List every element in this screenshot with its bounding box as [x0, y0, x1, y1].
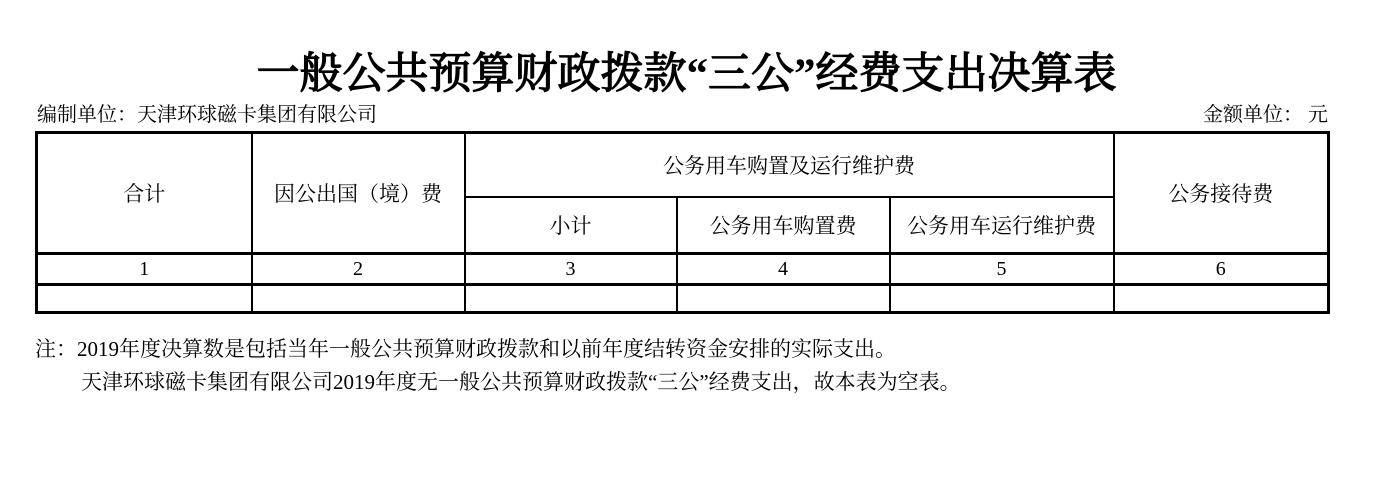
data-cell-abroad [252, 285, 465, 313]
colnum-cell-2: 2 [252, 254, 465, 285]
subheader-cell-subtotal: 小计 [465, 197, 677, 254]
prepared-by-label: 编制单位：天津环球磁卡集团有限公司 [37, 103, 377, 127]
meta-row: 编制单位：天津环球磁卡集团有限公司 金额单位： 元 [37, 103, 1328, 127]
header-cell-total: 合计 [37, 133, 252, 254]
colnum-cell-1: 1 [37, 254, 252, 285]
column-number-row: 1 2 3 4 5 6 [37, 254, 1329, 285]
footnotes: 注：2019年度决算数是包括当年一般公共预算财政拨款和以前年度结转资金安排的实际… [35, 333, 961, 399]
footnote-line-2: 天津环球磁卡集团有限公司2019年度无一般公共预算财政拨款“三公”经费支出，故本… [81, 366, 961, 399]
amount-unit-label: 金额单位： 元 [1203, 103, 1328, 127]
data-cell-total [37, 285, 252, 313]
data-row [37, 285, 1329, 313]
data-cell-subtotal [465, 285, 677, 313]
header-cell-vehicle-group: 公务用车购置及运行维护费 [465, 133, 1114, 197]
data-cell-reception [1114, 285, 1329, 313]
colnum-cell-4: 4 [677, 254, 890, 285]
page-title: 一般公共预算财政拨款“三公”经费支出决算表 [0, 50, 1373, 99]
subheader-cell-maintenance: 公务用车运行维护费 [890, 197, 1114, 254]
colnum-cell-3: 3 [465, 254, 677, 285]
subheader-cell-purchase: 公务用车购置费 [677, 197, 890, 254]
expenditure-table: 合计 因公出国（境）费 公务用车购置及运行维护费 公务接待费 小计 公务用车购置… [35, 131, 1330, 314]
header-cell-abroad: 因公出国（境）费 [252, 133, 465, 254]
document-page: 一般公共预算财政拨款“三公”经费支出决算表 编制单位：天津环球磁卡集团有限公司 … [0, 0, 1373, 487]
colnum-cell-6: 6 [1114, 254, 1329, 285]
data-cell-purchase [677, 285, 890, 313]
colnum-cell-5: 5 [890, 254, 1114, 285]
data-cell-maintenance [890, 285, 1114, 313]
header-cell-reception: 公务接待费 [1114, 133, 1329, 254]
expenditure-table-wrap: 合计 因公出国（境）费 公务用车购置及运行维护费 公务接待费 小计 公务用车购置… [35, 131, 1330, 314]
footnote-line-1: 注：2019年度决算数是包括当年一般公共预算财政拨款和以前年度结转资金安排的实际… [35, 333, 961, 366]
header-group-row: 合计 因公出国（境）费 公务用车购置及运行维护费 公务接待费 [37, 133, 1329, 197]
